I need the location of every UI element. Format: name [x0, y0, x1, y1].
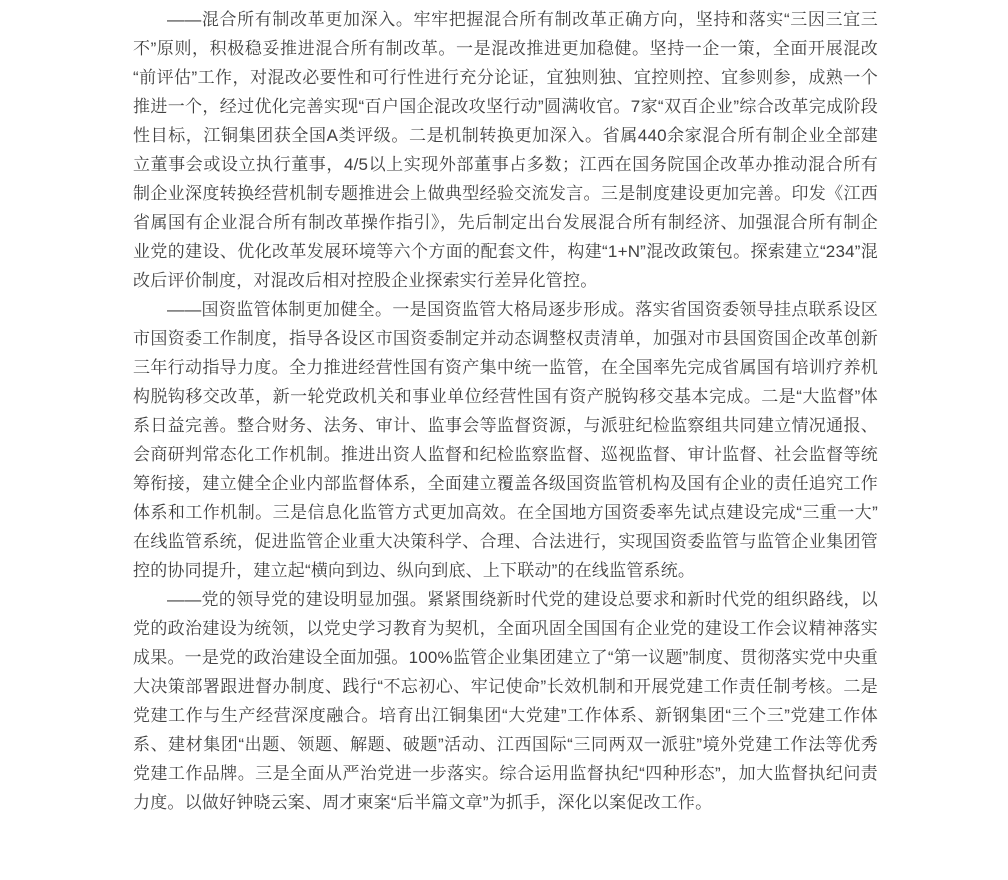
paragraph-mixed-ownership-reform: ——混合所有制改革更加深入。牢牢把握混合所有制改革正确方向，坚持和落实“三因三宜…: [133, 5, 878, 295]
document-page: ——混合所有制改革更加深入。牢牢把握混合所有制改革正确方向，坚持和落实“三因三宜…: [0, 0, 1008, 880]
paragraph-state-asset-supervision-system: ——国资监管体制更加健全。一是国资监管大格局逐步形成。落实省国资委领导挂点联系设…: [133, 295, 878, 585]
document-body: ——混合所有制改革更加深入。牢牢把握混合所有制改革正确方向，坚持和落实“三因三宜…: [133, 5, 878, 817]
paragraph-party-leadership-building: ——党的领导党的建设明显加强。紧紧围绕新时代党的建设总要求和新时代党的组织路线，…: [133, 585, 878, 817]
